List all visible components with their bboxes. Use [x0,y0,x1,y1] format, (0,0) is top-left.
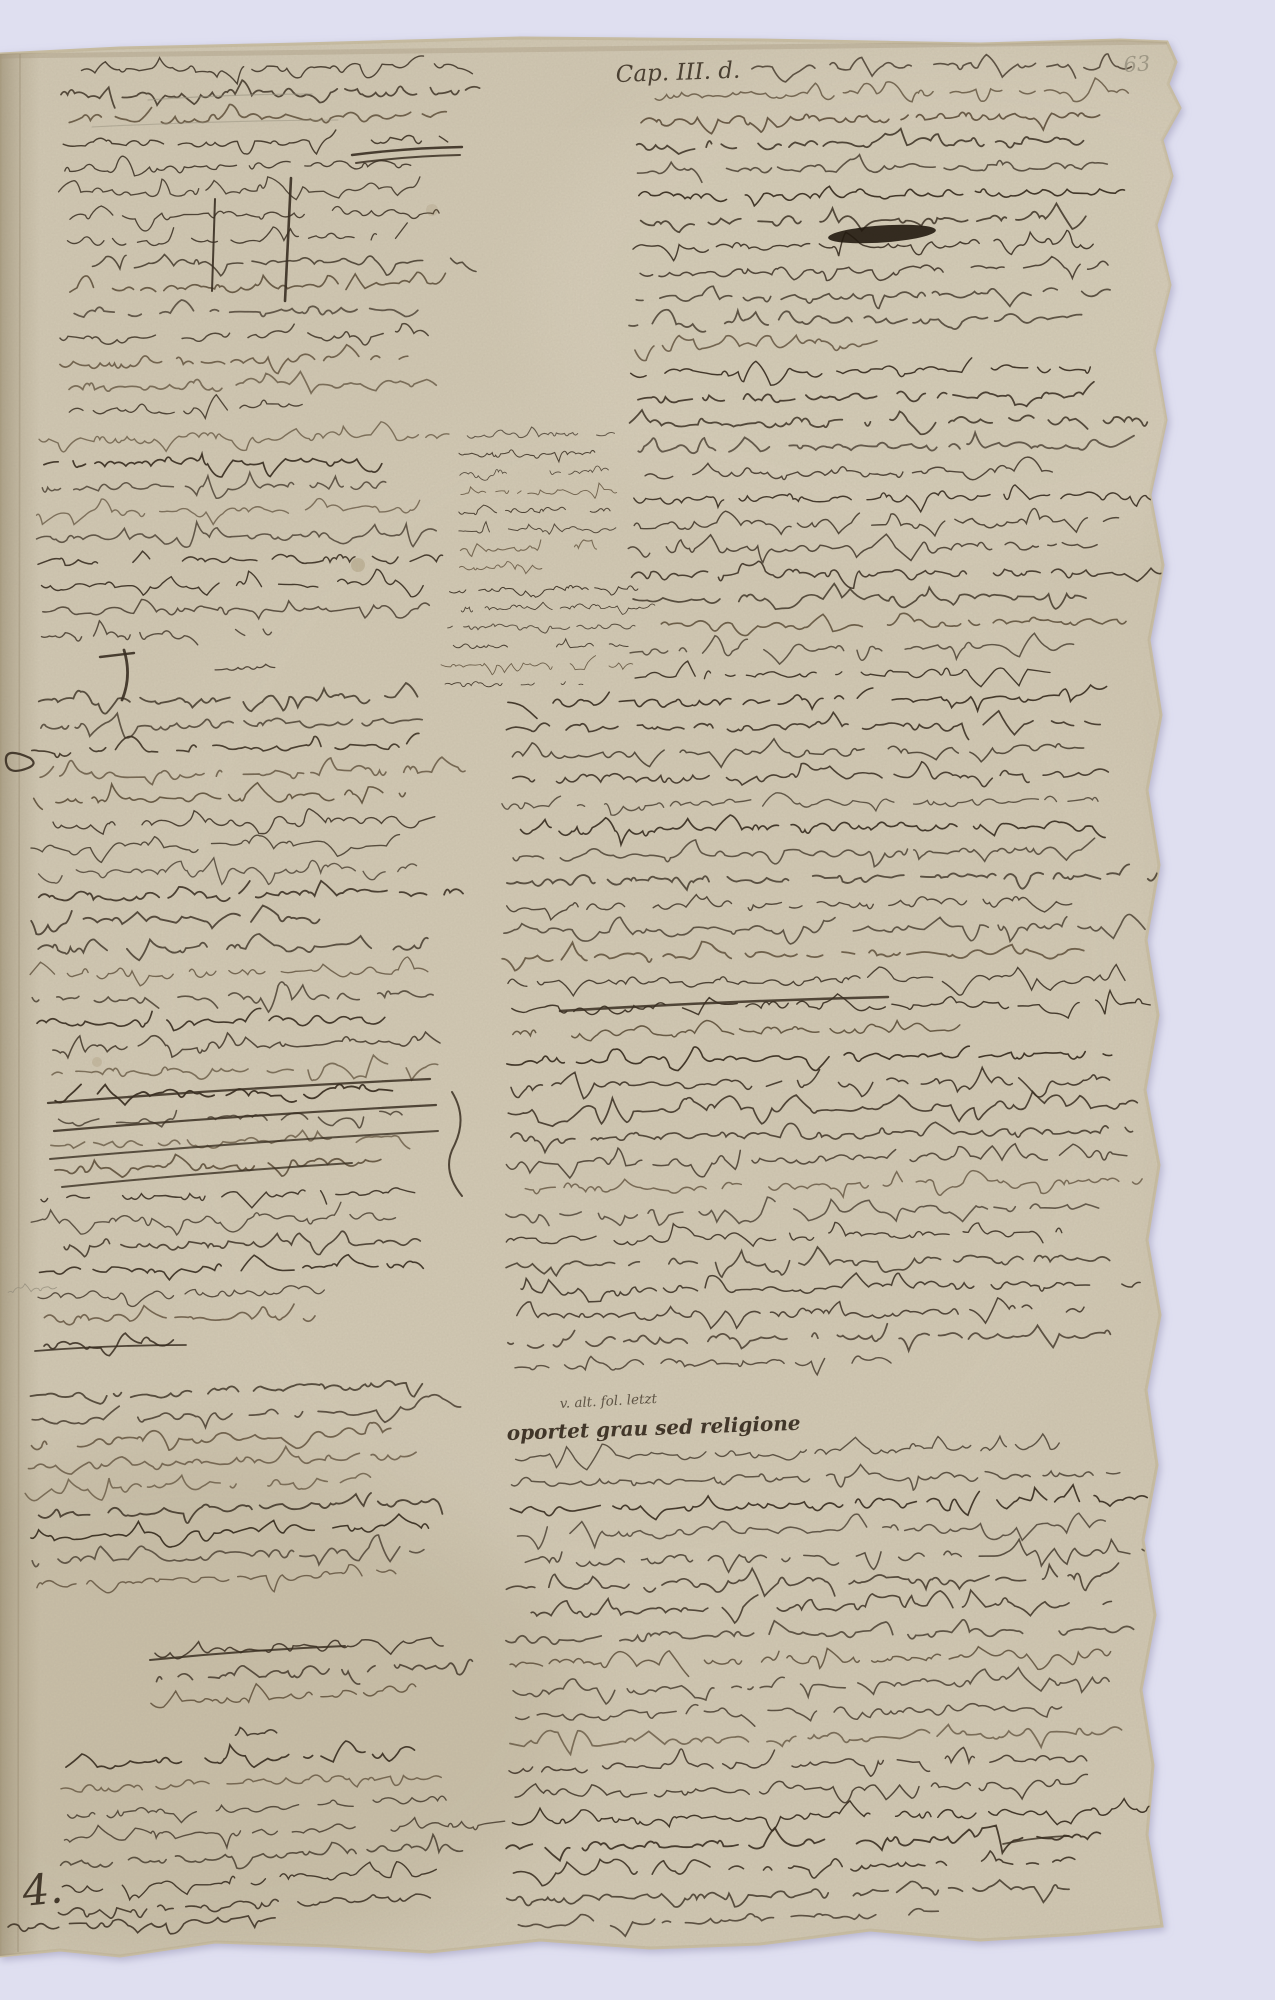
paper-surface: 63 Cap. III. d. v. alt. fol. letzt oport… [0,0,1275,2000]
paper-stain [92,1057,102,1067]
chapter-heading-fragment: Cap. III. d. [615,58,740,88]
paper-stain [426,204,438,216]
paper-stain [351,558,365,572]
manuscript-scan: 63 Cap. III. d. v. alt. fol. letzt oport… [0,0,1275,2000]
manuscript-svg: 63 Cap. III. d. v. alt. fol. letzt oport… [0,0,1275,2000]
page-number-pencil: 63 [1123,51,1151,77]
corner-number-ink: 4. [19,1863,65,1916]
